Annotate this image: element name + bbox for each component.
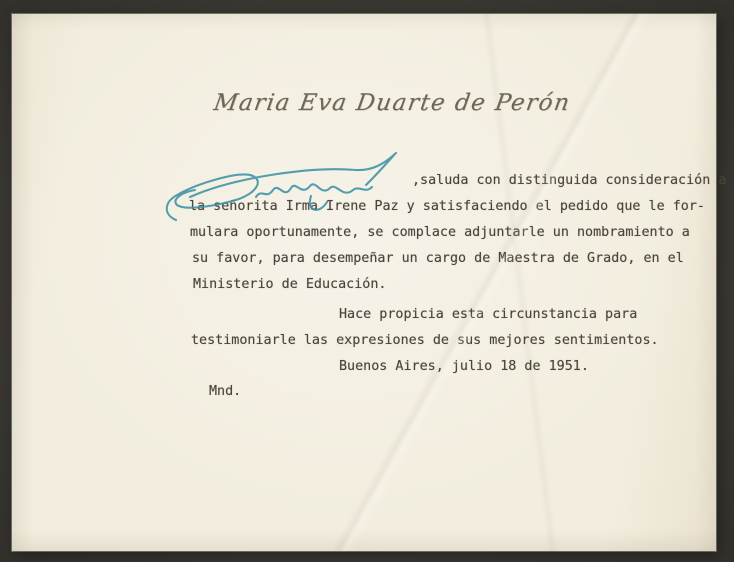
letter-paper: Maria Eva Duarte de Perón ,saluda con di… [12,14,716,551]
letterhead-name: Maria Eva Duarte de Perón [212,90,576,116]
typed-line-body-3: su favor, para desempeñar un cargo de Ma… [192,250,684,268]
typed-line-closing-1: Hace propicia esta circunstancia para [339,306,637,324]
typed-line-typist-initials: Mnd. [209,383,241,401]
typed-line-closing-2: testimoniarle las expresiones de sus mej… [191,332,659,350]
typed-line-salutation: ,saluda con distinguida consideración a [412,172,726,190]
typed-line-body-4: Ministerio de Educación. [193,276,386,294]
typed-line-body-2: mulara oportunamente, se complace adjunt… [190,224,690,242]
typed-line-dateline: Buenos Aires, julio 18 de 1951. [339,358,589,376]
signature-eva-peron-ink [160,144,404,226]
photograph-background: Maria Eva Duarte de Perón ,saluda con di… [0,0,734,562]
